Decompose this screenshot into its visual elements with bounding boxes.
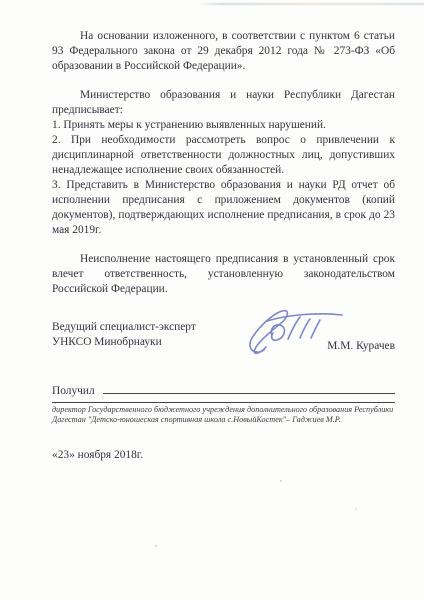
paragraph-legal-basis: На основании изложенного, в соответствии… <box>52 29 395 74</box>
received-block: Получил директор Государственного бюджет… <box>52 382 395 425</box>
recipient-caption: директор Государственного бюджетного учр… <box>52 405 395 425</box>
signatory-name: М.М. Курачев <box>327 340 395 352</box>
document-body: На основании изложенного, в соответствии… <box>0 0 424 600</box>
scanned-document-page: { "page": { "paragraph_legal_basis": "На… <box>0 0 424 600</box>
paragraph-liability: Неисполнение настоящего предписания в ус… <box>52 252 395 297</box>
received-label: Получил <box>52 384 95 398</box>
document-date: «23» ноября 2018г. <box>52 449 395 461</box>
signatory-position: Ведущий специалист-эксперт УНКСО Минобрн… <box>52 320 196 350</box>
paragraph-prescribes: Министерство образования и науки Республ… <box>52 88 395 118</box>
prescription-item-1: 1. Принять меры к устранению выявленных … <box>52 118 395 133</box>
prescription-item-2: 2. При необходимости рассмотреть вопрос … <box>52 133 395 178</box>
signature-line-1 <box>103 382 395 394</box>
prescription-item-3: 3. Представить в Министерство образовани… <box>52 178 395 238</box>
signature-block: Ведущий специалист-эксперт УНКСО Минобрн… <box>52 320 395 362</box>
signature-line-2 <box>52 398 395 403</box>
